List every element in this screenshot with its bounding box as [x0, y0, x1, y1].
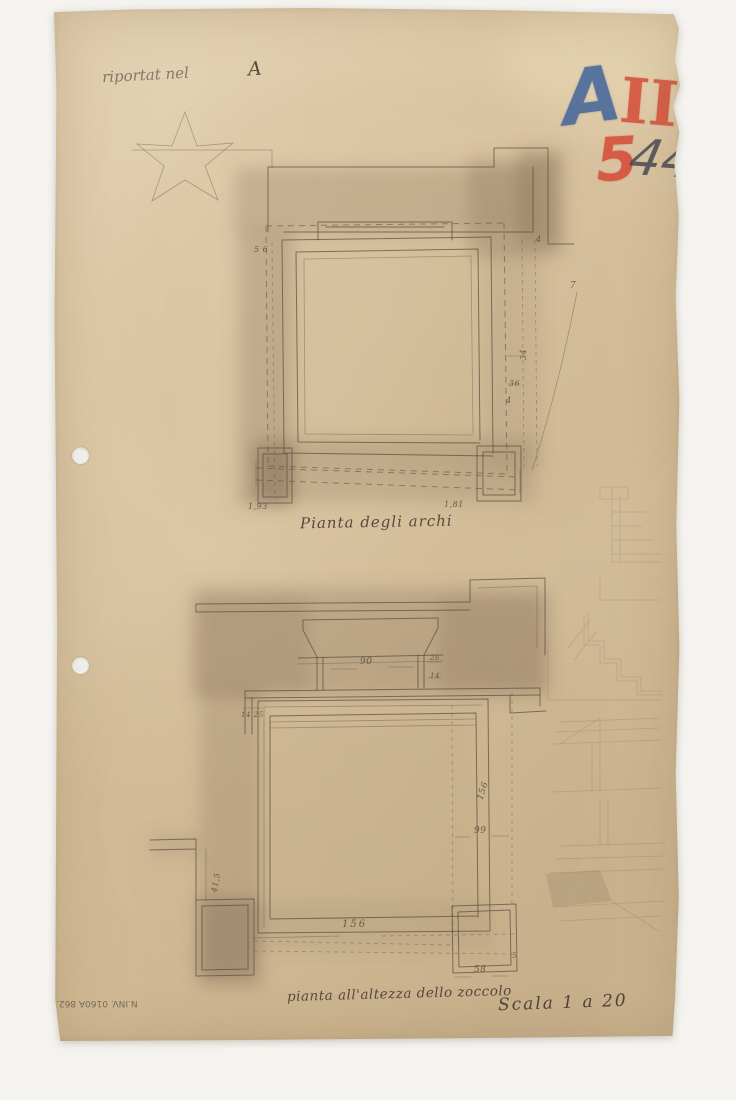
handwritten-note-letter: A — [247, 58, 262, 81]
paper-sheet: riportat nel A A II 5 44 Pianta degli ar… — [54, 8, 680, 1041]
handwritten-note: riportat nel — [102, 64, 190, 87]
star-doodle — [137, 112, 233, 201]
dim-upper-right-a: 34 — [519, 349, 528, 360]
punch-hole-bottom — [72, 657, 89, 674]
dim-lower-ped-b: 14 — [430, 672, 440, 680]
dim-lower-right-height: 156 — [476, 781, 491, 802]
dim-upper-right-c: 4 — [506, 396, 512, 405]
dim-lower-pier-width: 58 — [474, 965, 486, 975]
dim-lower-pier-tick: 5 — [512, 952, 517, 960]
punch-hole-top — [72, 447, 89, 464]
dim-upper-top-right: 4 — [536, 235, 542, 244]
paper-shadow-wrap: riportat nel A A II 5 44 Pianta degli ar… — [0, 0, 736, 1100]
graphite-smudges-upper — [235, 150, 562, 506]
number-pencil: 44 — [625, 132, 699, 186]
lower-plan-linework — [150, 578, 546, 977]
dim-upper-right-b: 36 — [509, 379, 520, 388]
dim-lower-inner-width: 99 — [474, 826, 486, 836]
dim-lower-top-left-ticks: 14 25 — [241, 711, 264, 719]
scanned-drawing: riportat nel A A II 5 44 Pianta degli ar… — [0, 0, 736, 1100]
dim-lower-bottom-width: 156 — [342, 919, 367, 930]
upper-plan-linework — [132, 148, 577, 503]
caption-lower-plan: pianta all'altezza dello zoccolo — [287, 983, 512, 1005]
dim-upper-left-top: 5 6 — [254, 245, 268, 254]
dim-upper-bottom-right: 1,81 — [444, 500, 464, 509]
dim-lower-top-width: 90 — [360, 657, 372, 667]
caption-upper-plan: Pianta degli archi — [300, 512, 453, 533]
dim-lower-ped-a: 26 — [430, 654, 440, 662]
inventory-stamp: N.INV. 0160A 862. — [56, 998, 138, 1008]
dim-upper-bottom-left: 1,93 — [248, 502, 268, 511]
paper-content: riportat nel A A II 5 44 Pianta degli ar… — [0, 0, 736, 1100]
dim-upper-curve-mark: 7 — [570, 281, 576, 291]
dim-lower-left-height: 41,5 — [210, 872, 222, 893]
scale-note: Scala 1 a 20 — [498, 991, 628, 1016]
margin-detail-sketches — [546, 487, 665, 931]
